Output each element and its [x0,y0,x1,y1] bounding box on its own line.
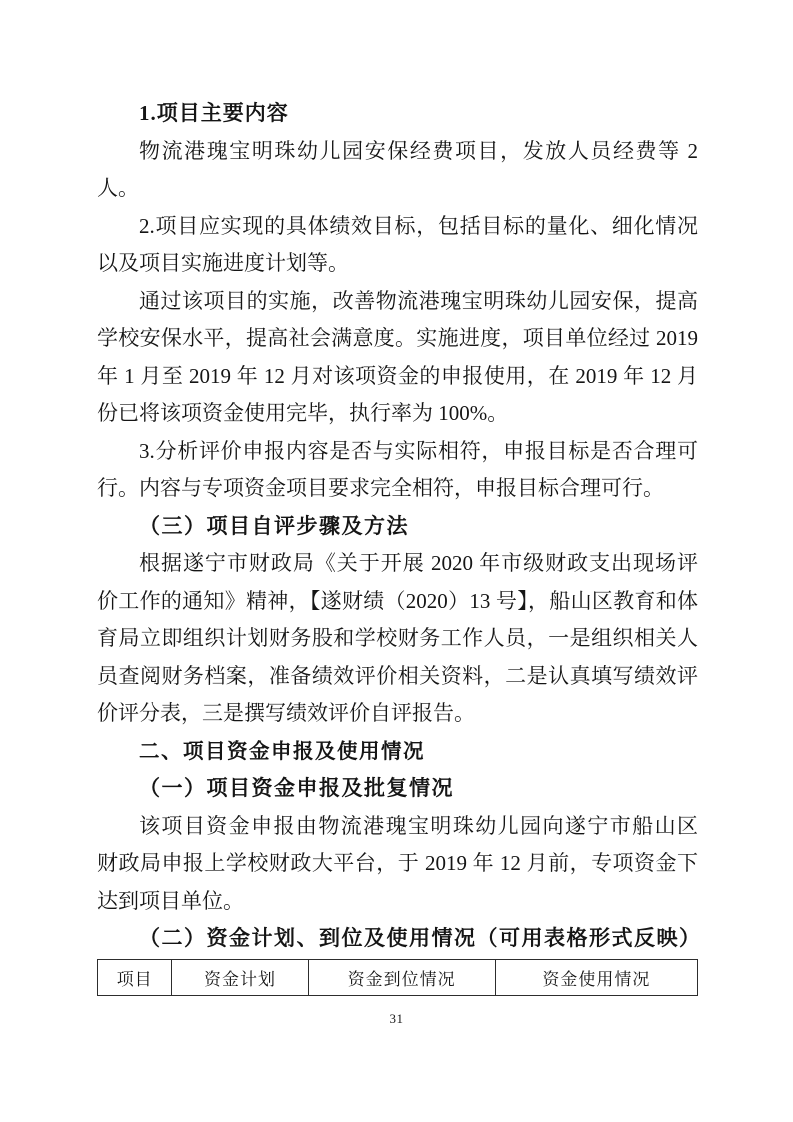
text-line: 份已将该项资金使用完毕，执行率为 100%。 [97,395,698,433]
text-line: 二、项目资金申报及使用情况 [97,733,698,771]
text-line: （二）资金计划、到位及使用情况（可用表格形式反映） [97,920,698,958]
heading-section2-funds-application-usage: 二、项目资金申报及使用情况 [97,733,698,771]
funds-table-header-cell: 项目 [98,959,172,995]
paragraph-performance-goals: 2.项目应实现的具体绩效目标，包括目标的量化、细化情况以及项目实施进度计划等。 [97,208,698,283]
text-line: 1.项目主要内容 [97,95,698,133]
text-line: 年 1 月至 2019 年 12 月对该项资金的申报使用，在 2019 年 12… [97,358,698,396]
heading-self-evaluation-steps: （三）项目自评步骤及方法 [97,508,698,546]
paragraph-funds-application-detail: 该项目资金申报由物流港瑰宝明珠幼儿园向遂宁市船山区财政局申报上学校财政大平台，于… [97,808,698,921]
funds-table: 项目资金计划资金到位情况资金使用情况 [97,959,698,996]
text-line: （一）项目资金申报及批复情况 [97,770,698,808]
text-line: 学校安保水平，提高社会满意度。实施进度，项目单位经过 2019 [97,320,698,358]
funds-table-header-row: 项目资金计划资金到位情况资金使用情况 [98,959,698,995]
heading-funds-application-approval: （一）项目资金申报及批复情况 [97,770,698,808]
paragraph-analysis-evaluation: 3.分析评价申报内容是否与实际相符，申报目标是否合理可行。内容与专项资金项目要求… [97,433,698,508]
text-line: 2.项目应实现的具体绩效目标，包括目标的量化、细化情况 [97,208,698,246]
document-page: { "page_number": "31", "document": { "bl… [0,0,793,1122]
heading-project-main-content: 1.项目主要内容 [97,95,698,133]
page-number: 31 [0,1011,793,1027]
text-line: 育局立即组织计划财务股和学校财务工作人员，一是组织相关人 [97,620,698,658]
text-line: 员查阅财务档案，准备绩效评价相关资料，二是认真填写绩效评 [97,658,698,696]
text-line: 行。内容与专项资金项目要求完全相符，申报目标合理可行。 [97,470,698,508]
text-line: 以及项目实施进度计划等。 [97,245,698,283]
text-line: 3.分析评价申报内容是否与实际相符，申报目标是否合理可 [97,433,698,471]
text-line: 根据遂宁市财政局《关于开展 2020 年市级财政支出现场评 [97,545,698,583]
text-line: 价评分表，三是撰写绩效评价自评报告。 [97,695,698,733]
document-body: 1.项目主要内容物流港瑰宝明珠幼儿园安保经费项目，发放人员经费等 2人。2.项目… [97,95,698,996]
text-line: 价工作的通知》精神，【遂财绩（2020）13 号】，船山区教育和体 [97,583,698,621]
paragraph-implementation-progress: 通过该项目的实施，改善物流港瑰宝明珠幼儿园安保，提高学校安保水平，提高社会满意度… [97,283,698,433]
funds-table-header-cell: 资金到位情况 [308,959,495,995]
text-line: 物流港瑰宝明珠幼儿园安保经费项目，发放人员经费等 2 [97,133,698,171]
text-line: 该项目资金申报由物流港瑰宝明珠幼儿园向遂宁市船山区 [97,808,698,846]
paragraph-project-content: 物流港瑰宝明珠幼儿园安保经费项目，发放人员经费等 2人。 [97,133,698,208]
text-line: 人。 [97,170,698,208]
heading-funds-plan-usage-table: （二）资金计划、到位及使用情况（可用表格形式反映） [97,920,698,958]
text-line: 通过该项目的实施，改善物流港瑰宝明珠幼儿园安保，提高 [97,283,698,321]
text-line: （三）项目自评步骤及方法 [97,508,698,546]
paragraph-self-evaluation-process: 根据遂宁市财政局《关于开展 2020 年市级财政支出现场评价工作的通知》精神，【… [97,545,698,733]
text-line: 达到项目单位。 [97,883,698,921]
text-line: 财政局申报上学校财政大平台，于 2019 年 12 月前，专项资金下 [97,845,698,883]
funds-table-header-cell: 资金使用情况 [495,959,697,995]
funds-table-header-cell: 资金计划 [172,959,308,995]
